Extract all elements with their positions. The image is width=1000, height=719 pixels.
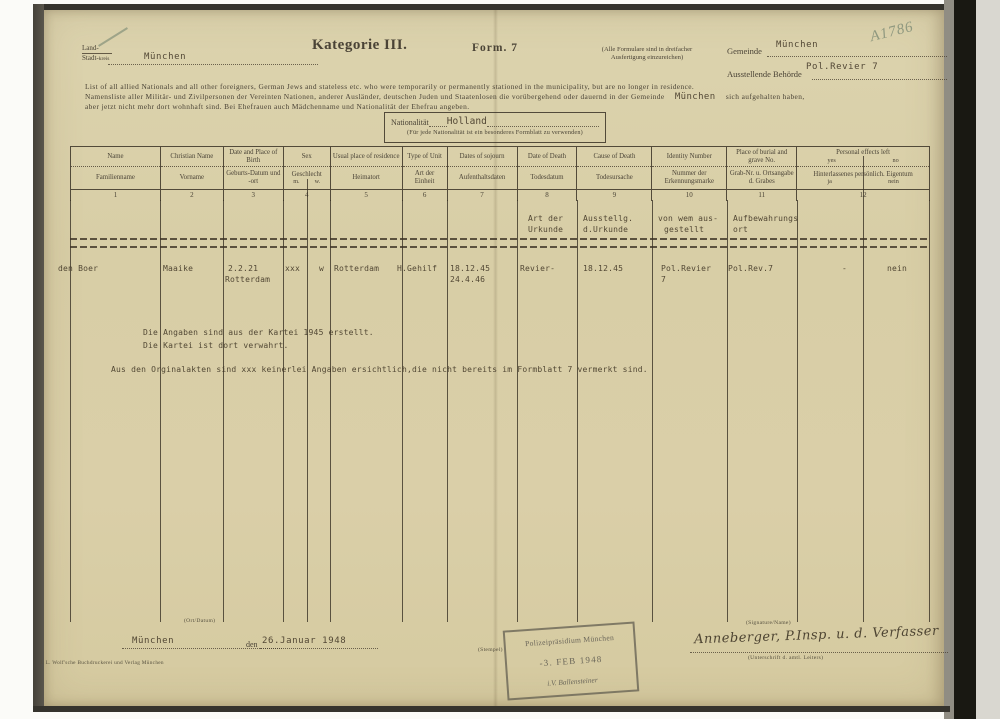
table-border-right [929, 200, 930, 622]
typed-dash-rule-1 [70, 238, 930, 240]
col-header-sojourn: Dates of sojourn Aufenthaltsdaten 7 [448, 147, 518, 201]
intro-de-gemeinde-value: München [667, 92, 724, 102]
overlay-von-wem-ausgestellt: von wem aus- gestellt [658, 214, 718, 235]
scan-edge-right-light [976, 0, 1000, 719]
col-identity-en: Identity Number [652, 147, 726, 167]
table-line-8 [577, 200, 578, 622]
col-header-burial: Place of burial and grave No. Grab-Nr. u… [727, 147, 797, 201]
row-von-wem: Pol.Revier 7 [661, 264, 711, 285]
signature-dotted-line [690, 642, 948, 653]
scanned-document-page: { "colors": { "paper": "#d8cea6", "print… [0, 0, 1000, 719]
nationality-dots-left [429, 117, 447, 127]
row-von-wem-l2: 7 [661, 275, 711, 286]
pencil-slash-mark [98, 27, 128, 47]
date-dotted-line [260, 638, 378, 649]
col-effects-ja: ja [827, 178, 831, 185]
table-line-7 [517, 200, 518, 622]
row-home-residence: Rotterdam [334, 264, 379, 275]
row-christian-name: Maaike [163, 264, 193, 275]
note-line-2: Die Kartei ist dort verwahrt. [143, 341, 288, 352]
table-line-11 [797, 200, 798, 622]
overlay-c8-l2: Urkunde [528, 225, 563, 236]
row-urkunde-ausstellung: 18.12.45 [583, 264, 623, 275]
copies-note: (Alle Formulare sind in dreifacher Ausfe… [580, 46, 714, 62]
printer-imprint: J. L. Wolf'sche Buchdruckerei und Verlag… [40, 660, 164, 666]
scan-edge-right-black [954, 0, 976, 719]
col-sojourn-de: Aufenthaltsdaten [448, 167, 517, 189]
table-header-row: Name Familienname 1 Christian Name Vorna… [70, 146, 930, 201]
col-sex-w: w. [315, 178, 321, 185]
col-name-num: 1 [71, 189, 160, 201]
row-urkunde-art: Revier- [520, 264, 555, 275]
col-sex-m: m. [293, 178, 299, 185]
col-death-cause-num: 9 [577, 189, 651, 201]
col-christian-num: 2 [161, 189, 223, 201]
table-line-2 [223, 200, 224, 622]
overlay-c8-l1: Art der [528, 214, 563, 225]
col-birth-de: Geburts-Datum und -ort [224, 167, 283, 189]
col-birth-num: 3 [224, 189, 283, 201]
overlay-ausstellg-urkunde: Ausstellg. d.Urkunde [583, 214, 633, 235]
row-birth-date: 2.2.21 [228, 264, 270, 275]
col-name-de: Familienname [71, 167, 160, 189]
col-christian-de: Vorname [161, 167, 223, 189]
scan-edge-left [33, 4, 44, 712]
row-sex-m-crossed: xxx [285, 264, 300, 275]
table-line-1 [160, 200, 161, 622]
row-birth: 2.2.21 Rotterdam [228, 264, 270, 285]
intro-de-part1: Namensliste aller Militär- und Zivilpers… [85, 92, 665, 101]
col-death-cause-en: Cause of Death [577, 147, 651, 167]
police-date-stamp: Polizeipräsidium München -3. FEB 1948 i.… [503, 621, 640, 700]
stamp-authority: Polizeipräsidium München [525, 633, 615, 648]
col-header-residence: Usual place of residence Heimatort 5 [331, 147, 403, 201]
col-sex-en: Sex [284, 147, 330, 167]
stempel-label: (Stempel) [478, 647, 503, 653]
col-header-identity: Identity Number Nummer der Erkennungsmar… [652, 147, 727, 201]
col-effects-nein: nein [888, 178, 899, 185]
intro-de-part2: sich aufgehalten haben, [726, 92, 805, 101]
gemeinde-value: München [776, 40, 818, 50]
row-effects-ja: - [842, 264, 847, 275]
note-line-1: Die Angaben sind aus der Kartei 1945 ers… [143, 328, 374, 339]
region-value-dotted-line [108, 54, 318, 65]
scan-edge-right-gray [944, 0, 954, 719]
ort-datum-label: (Ort/Datum) [184, 618, 215, 624]
overlay-c9-l2: d.Urkunde [583, 225, 633, 236]
col-death-date-de: Todesdatum [518, 167, 577, 189]
row-sojourn-to: 24.4.46 [450, 275, 490, 286]
nationality-dots-right [487, 117, 599, 127]
intro-line-de2: aber jetzt nicht mehr dort wohnhaft sind… [85, 102, 469, 112]
row-von-wem-l1: Pol.Revier [661, 264, 711, 275]
row-sojourn-dates: 18.12.45 24.4.46 [450, 264, 490, 285]
col-burial-de: Grab-Nr. u. Ortsangabe d. Grabes [727, 167, 796, 189]
col-header-death-date: Date of Death Todesdatum 8 [518, 147, 578, 201]
col-death-cause-de: Todesursache [577, 167, 651, 189]
form-number: Form. 7 [472, 42, 518, 54]
pencil-archive-number: A1786 [869, 19, 916, 46]
copies-note-line2: Ausfertigung einzureichen) [580, 54, 714, 62]
col-residence-num: 5 [331, 189, 402, 201]
behoerde-label: Ausstellende Behörde [727, 69, 802, 79]
col-unit-num: 6 [403, 189, 447, 201]
col-unit-de: Art der Einheit [403, 167, 447, 189]
nationality-note: (Für jede Nationalität ist ein besondere… [385, 129, 605, 136]
col-christian-en: Christian Name [161, 147, 223, 167]
col-effects-yes: yes [828, 157, 836, 164]
scan-edge-bottom [33, 706, 950, 712]
col-burial-num: 11 [727, 189, 796, 201]
col-header-christian-name: Christian Name Vorname 2 [161, 147, 224, 201]
col-identity-num: 10 [652, 189, 726, 201]
col-header-unit: Type of Unit Art der Einheit 6 [403, 147, 448, 201]
note-line-3: Aus den Orginalakten sind xxx keinerlei … [111, 365, 648, 376]
overlay-c10-l2: gestellt [658, 225, 718, 236]
den-label: den [246, 640, 258, 649]
col-name-en: Name [71, 147, 160, 167]
col-death-date-en: Date of Death [518, 147, 577, 167]
col-effects-no: no [892, 157, 898, 164]
typed-dash-rule-2 [70, 246, 930, 248]
overlay-c11-l2: ort [733, 225, 798, 236]
signature-label: (Signature/Name) [746, 620, 791, 626]
col-identity-de: Nummer der Erkennungsmarke [652, 167, 726, 189]
copies-note-line1: (Alle Formulare sind in dreifacher [580, 46, 714, 54]
col-unit-en: Type of Unit [403, 147, 447, 167]
intro-line-en: List of all allied Nationals and all oth… [85, 82, 694, 92]
col-sojourn-en: Dates of sojourn [448, 147, 517, 167]
nationality-box: Nationalität Holland (Für jede Nationali… [384, 112, 606, 143]
col-sex-de: Geschlecht [286, 171, 328, 179]
col-death-date-num: 8 [518, 189, 577, 201]
row-sex-w: w [319, 264, 324, 275]
overlay-c11-l1: Aufbewahrungs [733, 214, 798, 225]
col-burial-en: Place of burial and grave No. [727, 147, 796, 167]
registry-table: Name Familienname 1 Christian Name Vorna… [70, 146, 930, 622]
row-birth-place: Rotterdam [225, 275, 270, 286]
overlay-art-der-urkunde: Art der Urkunde [528, 214, 563, 235]
form-title: Kategorie III. [312, 37, 407, 54]
form-page: Land- Stadt-kreis München Kategorie III.… [44, 10, 944, 706]
region-land-label: Land- [82, 44, 112, 54]
nationality-row: Nationalität Holland [385, 113, 605, 127]
stamp-date: -3. FEB 1948 [539, 654, 603, 668]
col-sojourn-num: 7 [448, 189, 517, 201]
effects-subdivider-line [863, 156, 864, 622]
col-header-death-cause: Cause of Death Todesursache 9 [577, 147, 652, 201]
overlay-aufbewahrungsort: Aufbewahrungs ort [733, 214, 798, 235]
row-name: den Boer [58, 264, 98, 275]
table-line-4 [330, 200, 331, 622]
nationality-label: Nationalität [391, 118, 429, 127]
col-header-birth: Date and Place of Birth Geburts-Datum un… [224, 147, 284, 201]
overlay-c10-l1: von wem aus- [658, 214, 718, 225]
row-unit: H.Gehilf [397, 264, 437, 275]
col-birth-en: Date and Place of Birth [224, 147, 283, 167]
ort-dotted-line [122, 638, 282, 649]
col-residence-en: Usual place of residence [331, 147, 402, 167]
nationality-value: Holland [447, 116, 487, 127]
row-sojourn-from: 18.12.45 [450, 264, 490, 275]
col-residence-de: Heimatort [331, 167, 402, 189]
col-header-name: Name Familienname 1 [71, 147, 161, 201]
row-aufbewahrungsort: Pol.Rev.7 [728, 264, 773, 275]
row-effects-nein: nein [887, 264, 907, 275]
stamp-signer: i.V. Ballensteiner [547, 676, 598, 689]
table-line-9 [652, 200, 653, 622]
table-line-6 [447, 200, 448, 622]
intro-line-de1: Namensliste aller Militär- und Zivilpers… [85, 92, 805, 103]
gemeinde-label: Gemeinde [727, 46, 762, 56]
overlay-c9-l1: Ausstellg. [583, 214, 633, 225]
unterschrift-label: (Unterschrift d. amtl. Leiters) [748, 655, 823, 661]
behoerde-value: Pol.Revier 7 [806, 62, 878, 72]
table-line-3 [283, 200, 284, 622]
